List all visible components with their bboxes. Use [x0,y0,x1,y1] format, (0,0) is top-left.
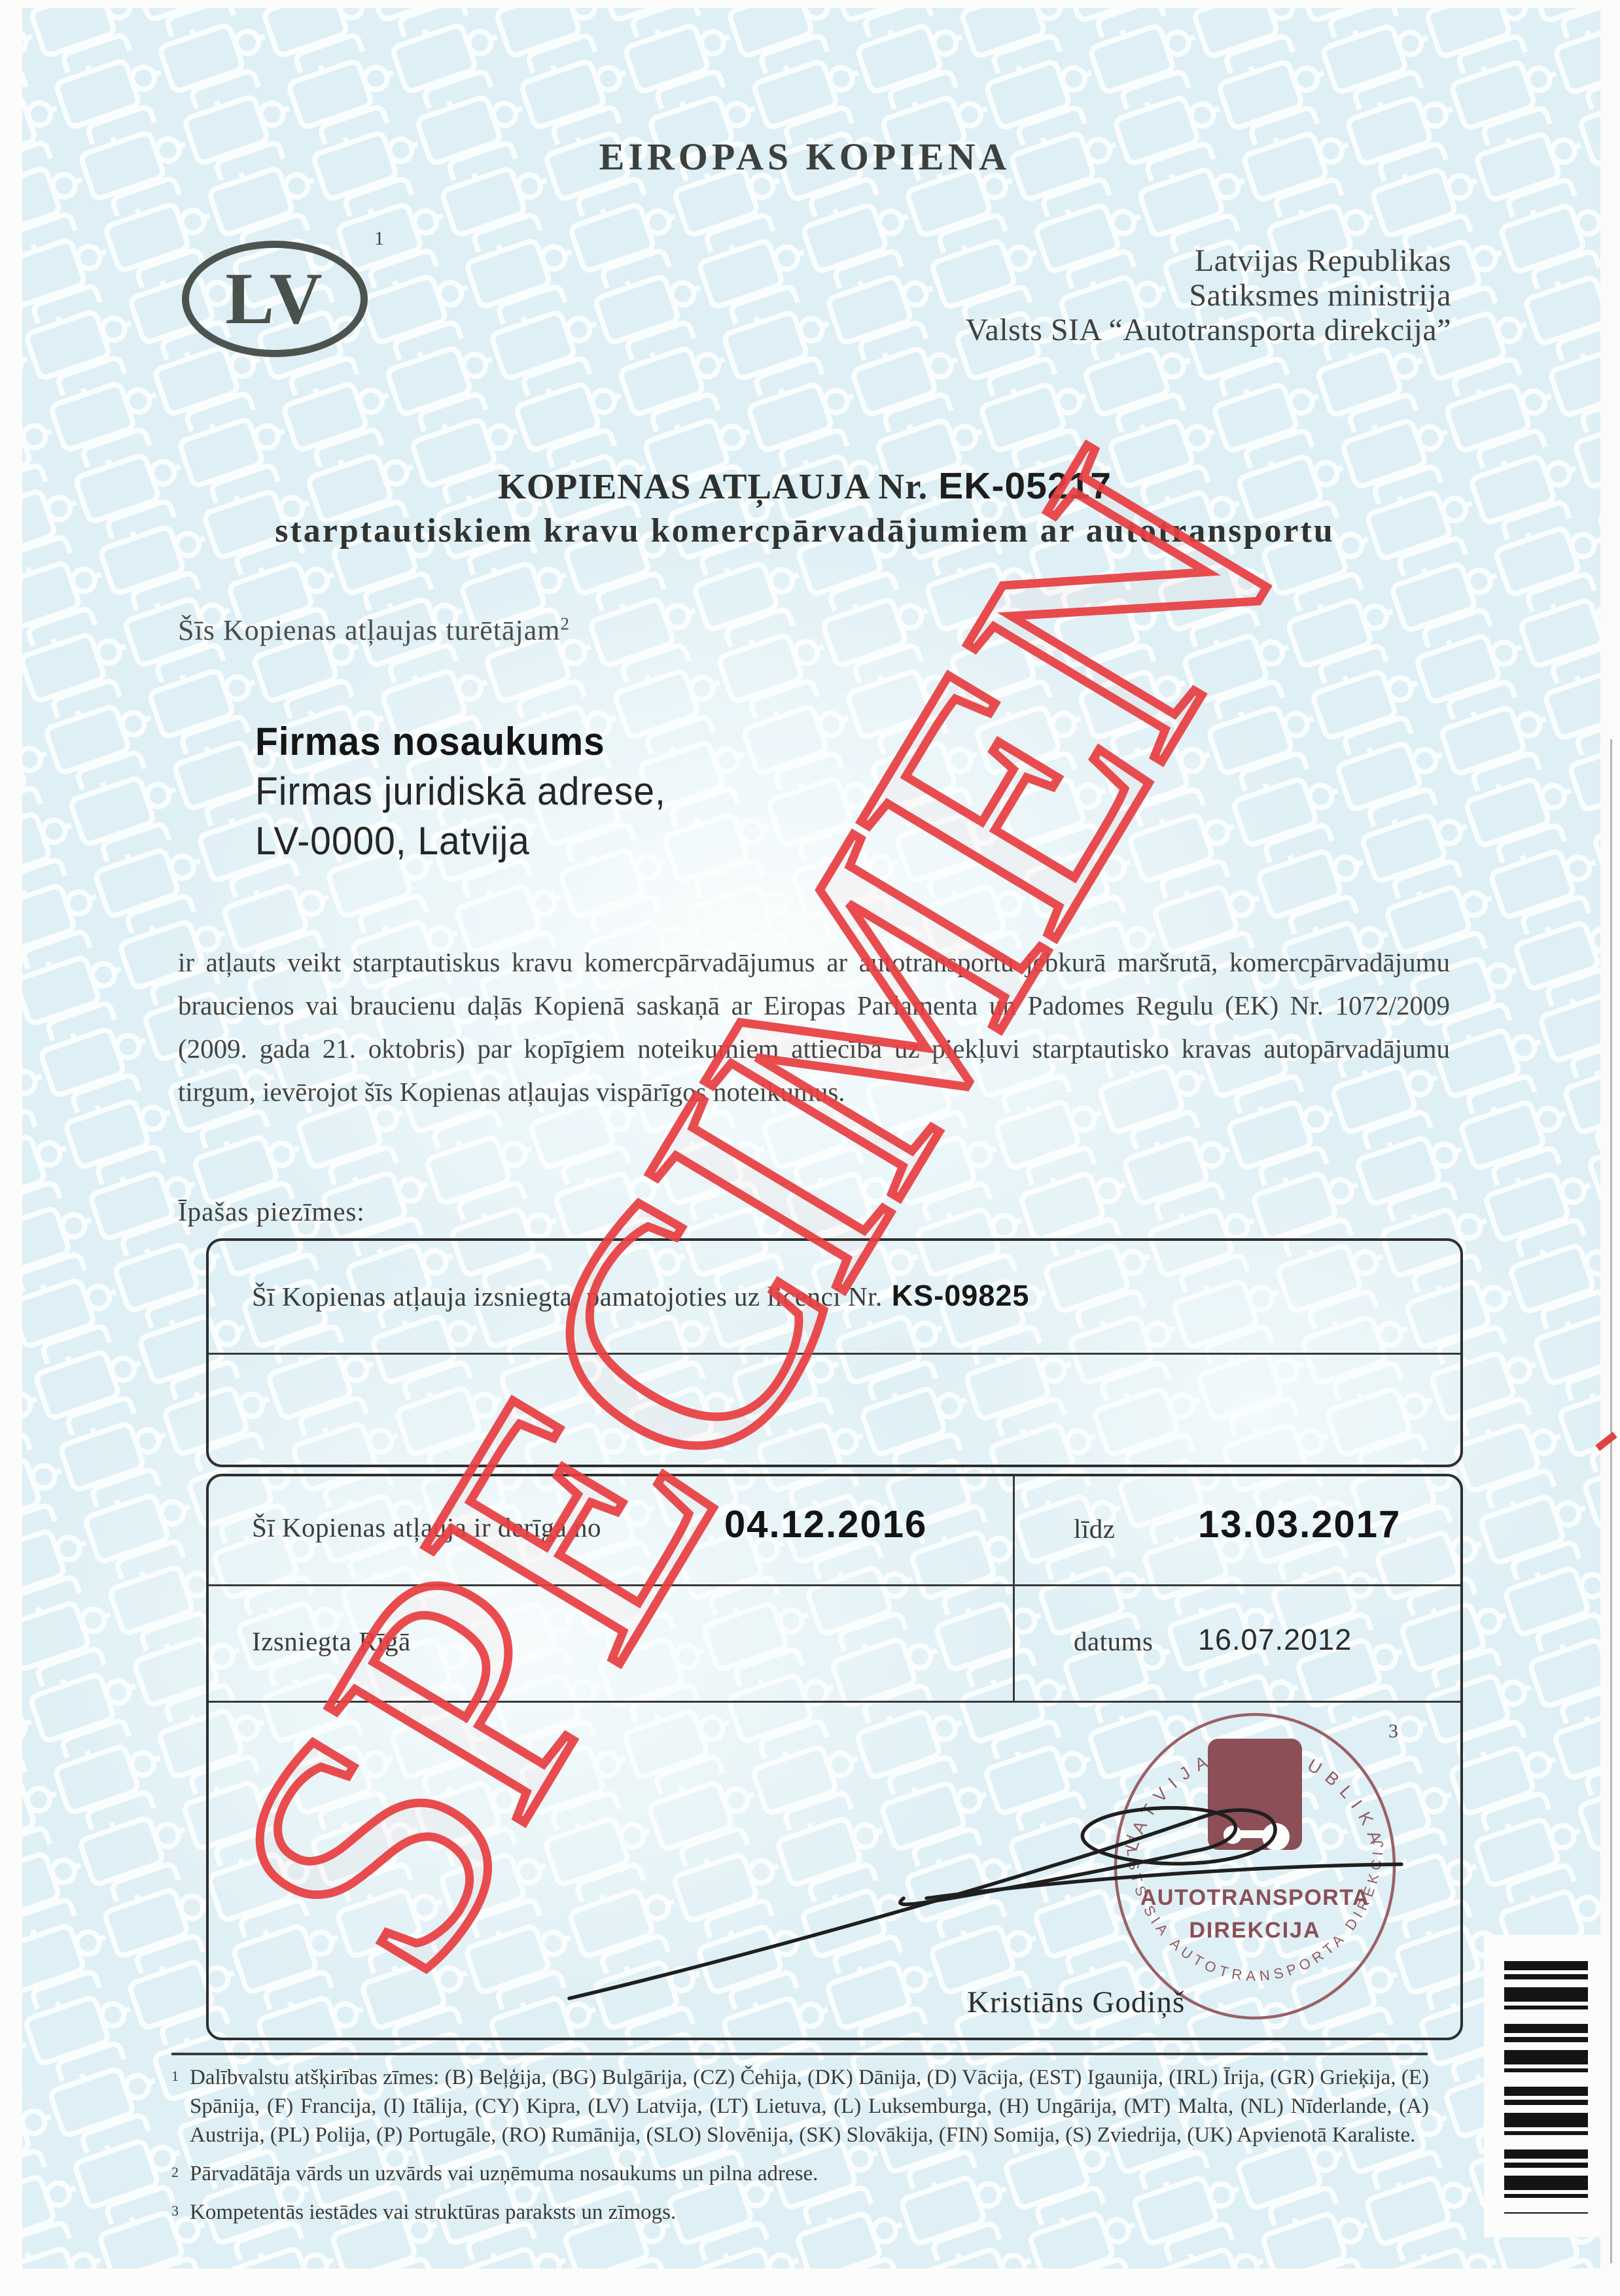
issuer-line: Satiksmes ministrija [654,278,1451,313]
license-subtitle: starptautiskiem kravu komercpārvadājumie… [98,512,1511,550]
country-code-footnote-ref: 1 [374,228,384,250]
date-label: datums [1074,1626,1153,1657]
scan-edge [0,0,22,2296]
until-label: līdz [1074,1513,1115,1544]
footnote-1: 1 Dalībvalstu atšķirības zīmes: (B) Beļģ… [171,2063,1429,2149]
signature-strokes [560,1761,1411,2017]
issuing-authority: Latvijas Republikas Satiksmes ministrija… [654,243,1451,347]
document-title: EIROPAS KOPIENA [98,135,1511,179]
issue-date: 16.07.2012 [1198,1623,1352,1657]
document-page: EIROPAS KOPIENA LV 1 Latvijas Republikas… [0,0,1620,2296]
special-notes-label: Īpašas piezīmes: [178,1196,365,1227]
footnote-2: 2 Pārvadātāja vārds un uzvārds vai uzņēm… [171,2159,1429,2188]
barcode [1504,1961,1588,2214]
holder-name: Firmas nosaukums [255,717,666,767]
country-code: LV [225,262,324,336]
holder-label: Šīs Kopienas atļaujas turētājam2 [178,614,570,647]
issuer-line: Valsts SIA “Autotransporta direkcija” [654,313,1451,347]
seal-footnote-ref: 3 [1388,1720,1398,1743]
footnote-3: 3 Kompetentās iestādes vai struktūras pa… [171,2198,1429,2227]
scan-edge [0,2269,1620,2296]
license-title: KOPIENAS ATĻAUJA Nr.EK-05217 [98,464,1511,508]
signer-name: Kristiāns Godiņš [967,1985,1185,2020]
box-column-divider [1013,1476,1015,1703]
holder-block: Firmas nosaukums Firmas juridiskā adrese… [255,717,666,866]
scan-edge [0,0,1620,8]
holder-address: Firmas juridiskā adrese, [255,767,666,816]
license-title-prefix: KOPIENAS ATĻAUJA Nr. [498,466,928,506]
valid-until-date: 13.03.2017 [1198,1503,1401,1546]
footnote-rule [171,2053,1428,2055]
issuer-line: Latvijas Republikas [654,243,1451,278]
scan-edge-line [1610,739,1612,2263]
holder-footnote-ref: 2 [561,614,571,633]
country-oval-icon: LV [182,241,368,357]
holder-city: LV-0000, Latvija [255,816,666,866]
footnotes: 1 Dalībvalstu atšķirības zīmes: (B) Beļģ… [171,2063,1429,2236]
